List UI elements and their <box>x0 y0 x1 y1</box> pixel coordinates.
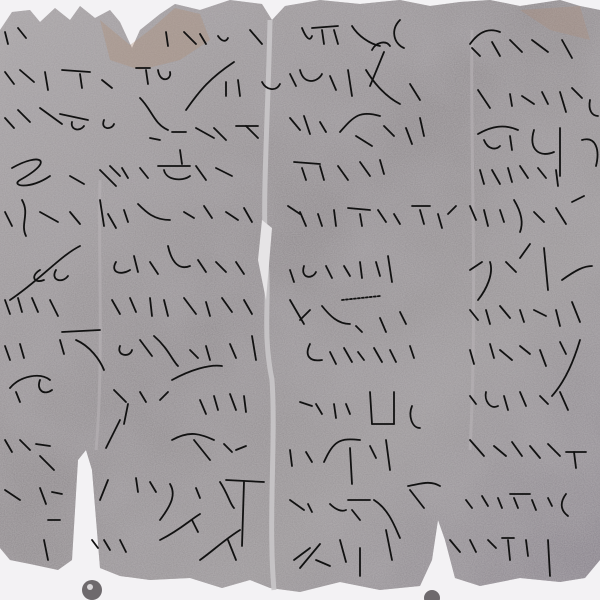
traced-inscription <box>0 0 600 600</box>
column-1-strokes <box>5 28 116 560</box>
column-4-strokes <box>450 30 598 576</box>
column-2-strokes <box>92 30 280 560</box>
column-3-strokes <box>288 20 456 576</box>
tablet-photo: Inscribed lead tablet with Roman cursive… <box>0 0 600 600</box>
